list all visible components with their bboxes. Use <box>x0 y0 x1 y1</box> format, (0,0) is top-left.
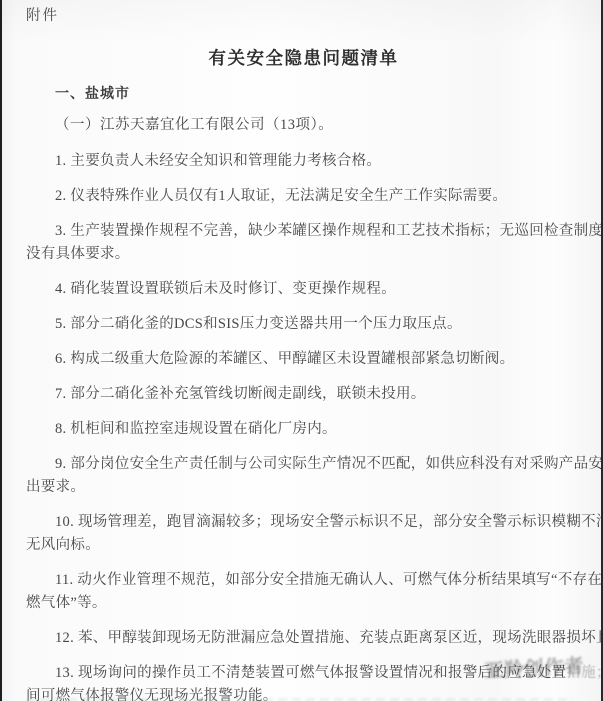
document-page: 附件 有关安全隐患问题清单 一、盐城市 （一）江苏天嘉宜化工有限公司（13项）。… <box>0 0 603 701</box>
list-item-9: 9. 部分岗位安全生产责任制与公司实际生产情况不匹配，如供应科没有对采购产品安全… <box>26 453 581 499</box>
list-item-4: 4. 硝化装置设置联锁后未及时修订、变更操作规程。 <box>26 278 581 301</box>
list-item-11: 11. 动火作业管理不规范，如部分安全措施无确认人、可燃气体分析结果填写“不存在… <box>26 569 581 615</box>
item-7-line-1: 7. 部分二硝化釜补充氢管线切断阀走副线，联锁未投用。 <box>26 383 581 406</box>
attachment-label: 附件 <box>26 6 581 26</box>
item-6-line-1: 6. 构成二级重大危险源的苯罐区、甲醇罐区未设置罐根部紧急切断阀。 <box>26 348 581 371</box>
section-heading-yancheng: 一、盐城市 <box>55 82 581 104</box>
page-title: 有关安全隐患问题清单 <box>26 46 581 70</box>
item-9-line-2: 出要求。 <box>26 476 581 499</box>
item-11-line-2: 燃气体”等。 <box>26 592 581 615</box>
list-item-12: 12. 苯、甲醇装卸现场无防泄漏应急处置措施、充装点距离泵区近，现场洗眼器损坏且… <box>26 627 581 650</box>
company-heading: （一）江苏天嘉宜化工有限公司（13项）。 <box>55 114 581 136</box>
list-item-5: 5. 部分二硝化釜的DCS和SIS压力变送器共用一个压力取压点。 <box>26 313 581 336</box>
list-item-10: 10. 现场管理差，跑冒滴漏较多；现场安全警示标识不足，部分安全警示标识模糊不清… <box>26 511 581 557</box>
list-item-13: 13. 现场询问的操作员工不清楚装置可燃气体报警设置情况和报警后的应急处置措施；… <box>26 662 581 701</box>
item-3-line-2: 没有具体要求。 <box>26 243 581 266</box>
item-2-line-1: 2. 仪表特殊作业人员仅有1人取证，无法满足安全生产工作实际需要。 <box>26 185 581 208</box>
list-item-7: 7. 部分二硝化釜补充氢管线切断阀走副线，联锁未投用。 <box>26 383 581 406</box>
scan-left-edge <box>0 0 2 701</box>
item-12-line-1: 12. 苯、甲醇装卸现场无防泄漏应急处置措施、充装点距离泵区近，现场洗眼器损坏且… <box>26 627 581 650</box>
item-9-line-1: 9. 部分岗位安全生产责任制与公司实际生产情况不匹配，如供应科没有对采购产品安全… <box>26 453 581 476</box>
hazard-item-list: 1. 主要负责人未经安全知识和管理能力考核合格。2. 仪表特殊作业人员仅有1人取… <box>26 150 581 701</box>
list-item-8: 8. 机柜间和监控室违规设置在硝化厂房内。 <box>26 418 581 441</box>
item-8-line-1: 8. 机柜间和监控室违规设置在硝化厂房内。 <box>26 418 581 441</box>
item-3-line-1: 3. 生产装置操作规程不完善，缺少苯罐区操作规程和工艺技术指标；无巡回检查制度，… <box>26 220 581 243</box>
list-item-2: 2. 仪表特殊作业人员仅有1人取证，无法满足安全生产工作实际需要。 <box>26 185 581 208</box>
item-13-line-1: 13. 现场询问的操作员工不清楚装置可燃气体报警设置情况和报警后的应急处置措施；… <box>26 662 581 685</box>
obscured-text-under-watermark: 措施；泵房 <box>566 665 603 681</box>
item-1-line-1: 1. 主要负责人未经安全知识和管理能力考核合格。 <box>26 150 581 173</box>
item-11-line-1: 11. 动火作业管理不规范，如部分安全措施无确认人、可燃气体分析结果填写“不存在… <box>26 569 581 592</box>
list-item-3: 3. 生产装置操作规程不完善，缺少苯罐区操作规程和工艺技术指标；无巡回检查制度，… <box>26 220 581 266</box>
item-10-line-1: 10. 现场管理差，跑冒滴漏较多；现场安全警示标识不足，部分安全警示标识模糊不清… <box>26 511 581 534</box>
item-10-line-2: 无风向标。 <box>26 534 581 557</box>
item-4-line-1: 4. 硝化装置设置联锁后未及时修订、变更操作规程。 <box>26 278 581 301</box>
document-content: 附件 有关安全隐患问题清单 一、盐城市 （一）江苏天嘉宜化工有限公司（13项）。… <box>0 6 603 701</box>
item-5-line-1: 5. 部分二硝化釜的DCS和SIS压力变送器共用一个压力取压点。 <box>26 313 581 336</box>
list-item-6: 6. 构成二级重大危险源的苯罐区、甲醇罐区未设置罐根部紧急切断阀。 <box>26 348 581 371</box>
list-item-1: 1. 主要负责人未经安全知识和管理能力考核合格。 <box>26 150 581 173</box>
